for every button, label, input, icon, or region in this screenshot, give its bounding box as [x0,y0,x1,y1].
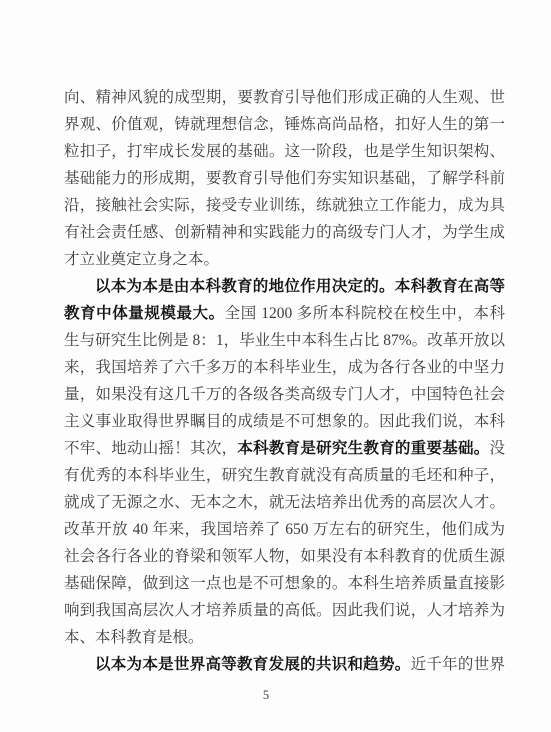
text-line: 向、精神风貌的成型期，要教育引导他们形成正确的人生观、世 [64,84,505,111]
text-segment: 沿，接触社会实际，接受专业训练，练就独立工作能力，成为具 [64,197,505,214]
body-text: 向、精神风貌的成型期，要教育引导他们形成正确的人生观、世界观、价值观，铸就理想信… [64,84,505,678]
document-page: 向、精神风貌的成型期，要教育引导他们形成正确的人生观、世界观、价值观，铸就理想信… [0,0,551,732]
text-segment: 近千年的世界 [411,656,505,673]
emphasis-text-segment: 以本为本是由本科教育的地位作用决定的。本科教育在高等 [95,278,505,295]
text-segment: 没 [489,440,505,457]
emphasis-text-segment: 本科教育是研究生教育的重要基础。 [237,440,489,457]
text-segment: 来，我国培养了六千多万的本科毕业生，成为各行各业的中坚力 [64,359,505,376]
emphasis-text-segment: 以本为本是世界高等教育发展的共识和趋势。 [95,656,411,673]
text-segment: 全国 1200 多所本科院校在校生中，本科 [225,305,505,322]
text-segment: 社会各行各业的脊梁和领军人物，如果没有本科教育的优质生源 [64,548,505,565]
text-segment: 不牢、地动山摇！其次， [64,440,237,457]
text-line: 以本为本是由本科教育的地位作用决定的。本科教育在高等 [64,273,505,300]
text-segment: 就成了无源之水、无本之木，就无法培养出优秀的高层次人才。 [64,494,505,511]
text-segment: 主义事业取得世界瞩目的成绩是不可想象的。因此我们说，本科 [64,413,505,430]
text-segment: 界观、价值观，铸就理想信念，锤炼高尚品格，扣好人生的第一 [64,116,505,133]
text-line: 不牢、地动山摇！其次，本科教育是研究生教育的重要基础。没 [64,435,505,462]
text-segment: 向、精神风貌的成型期，要教育引导他们形成正确的人生观、世 [64,89,505,106]
text-line: 社会各行各业的脊梁和领军人物，如果没有本科教育的优质生源 [64,543,505,570]
text-line: 生与研究生比例是 8：1，毕业生中本科生占比 87%。改革开放以 [64,327,505,354]
text-line: 教育中体量规模最大。全国 1200 多所本科院校在校生中，本科 [64,300,505,327]
text-segment: 基础能力的形成期，要教育引导他们夯实知识基础，了解学科前 [64,170,505,187]
text-line: 本、本科教育是根。 [64,624,505,651]
text-segment: 生与研究生比例是 8：1，毕业生中本科生占比 87%。改革开放以 [64,332,505,349]
text-line: 就成了无源之水、无本之木，就无法培养出优秀的高层次人才。 [64,489,505,516]
text-line: 以本为本是世界高等教育发展的共识和趋势。近千年的世界 [64,651,505,678]
text-segment: 本、本科教育是根。 [64,629,204,646]
text-line: 主义事业取得世界瞩目的成绩是不可想象的。因此我们说，本科 [64,408,505,435]
text-line: 界观、价值观，铸就理想信念，锤炼高尚品格，扣好人生的第一 [64,111,505,138]
text-line: 量，如果没有这几千万的各级各类高级专门人才，中国特色社会 [64,381,505,408]
text-segment: 响到我国高层次人才培养质量的高低。因此我们说，人才培养为 [64,602,505,619]
text-segment: 量，如果没有这几千万的各级各类高级专门人才，中国特色社会 [64,386,505,403]
text-line: 基础能力的形成期，要教育引导他们夯实知识基础，了解学科前 [64,165,505,192]
text-segment: 改革开放 40 年来，我国培养了 650 万左右的研究生，他们成为 [64,521,505,538]
text-segment: 有社会责任感、创新精神和实践能力的高级专门人才，为学生成 [64,224,505,241]
text-segment: 才立业奠定立身之本。 [64,251,219,268]
page-number: 5 [236,686,296,704]
emphasis-text-segment: 教育中体量规模最大。 [64,305,225,322]
text-segment: 基础保障，做到这一点也是不可想象的。本科生培养质量直接影 [64,575,505,592]
text-line: 才立业奠定立身之本。 [64,246,505,273]
text-segment: 有优秀的本科毕业生，研究生教育就没有高质量的毛坯和种子， [64,467,505,484]
text-line: 有优秀的本科毕业生，研究生教育就没有高质量的毛坯和种子， [64,462,505,489]
text-segment: 粒扣子，打牢成长发展的基础。这一阶段，也是学生知识架构、 [64,143,505,160]
text-line: 基础保障，做到这一点也是不可想象的。本科生培养质量直接影 [64,570,505,597]
text-line: 来，我国培养了六千多万的本科毕业生，成为各行各业的中坚力 [64,354,505,381]
text-line: 沿，接触社会实际，接受专业训练，练就独立工作能力，成为具 [64,192,505,219]
text-line: 改革开放 40 年来，我国培养了 650 万左右的研究生，他们成为 [64,516,505,543]
text-line: 有社会责任感、创新精神和实践能力的高级专门人才，为学生成 [64,219,505,246]
text-line: 粒扣子，打牢成长发展的基础。这一阶段，也是学生知识架构、 [64,138,505,165]
text-line: 响到我国高层次人才培养质量的高低。因此我们说，人才培养为 [64,597,505,624]
